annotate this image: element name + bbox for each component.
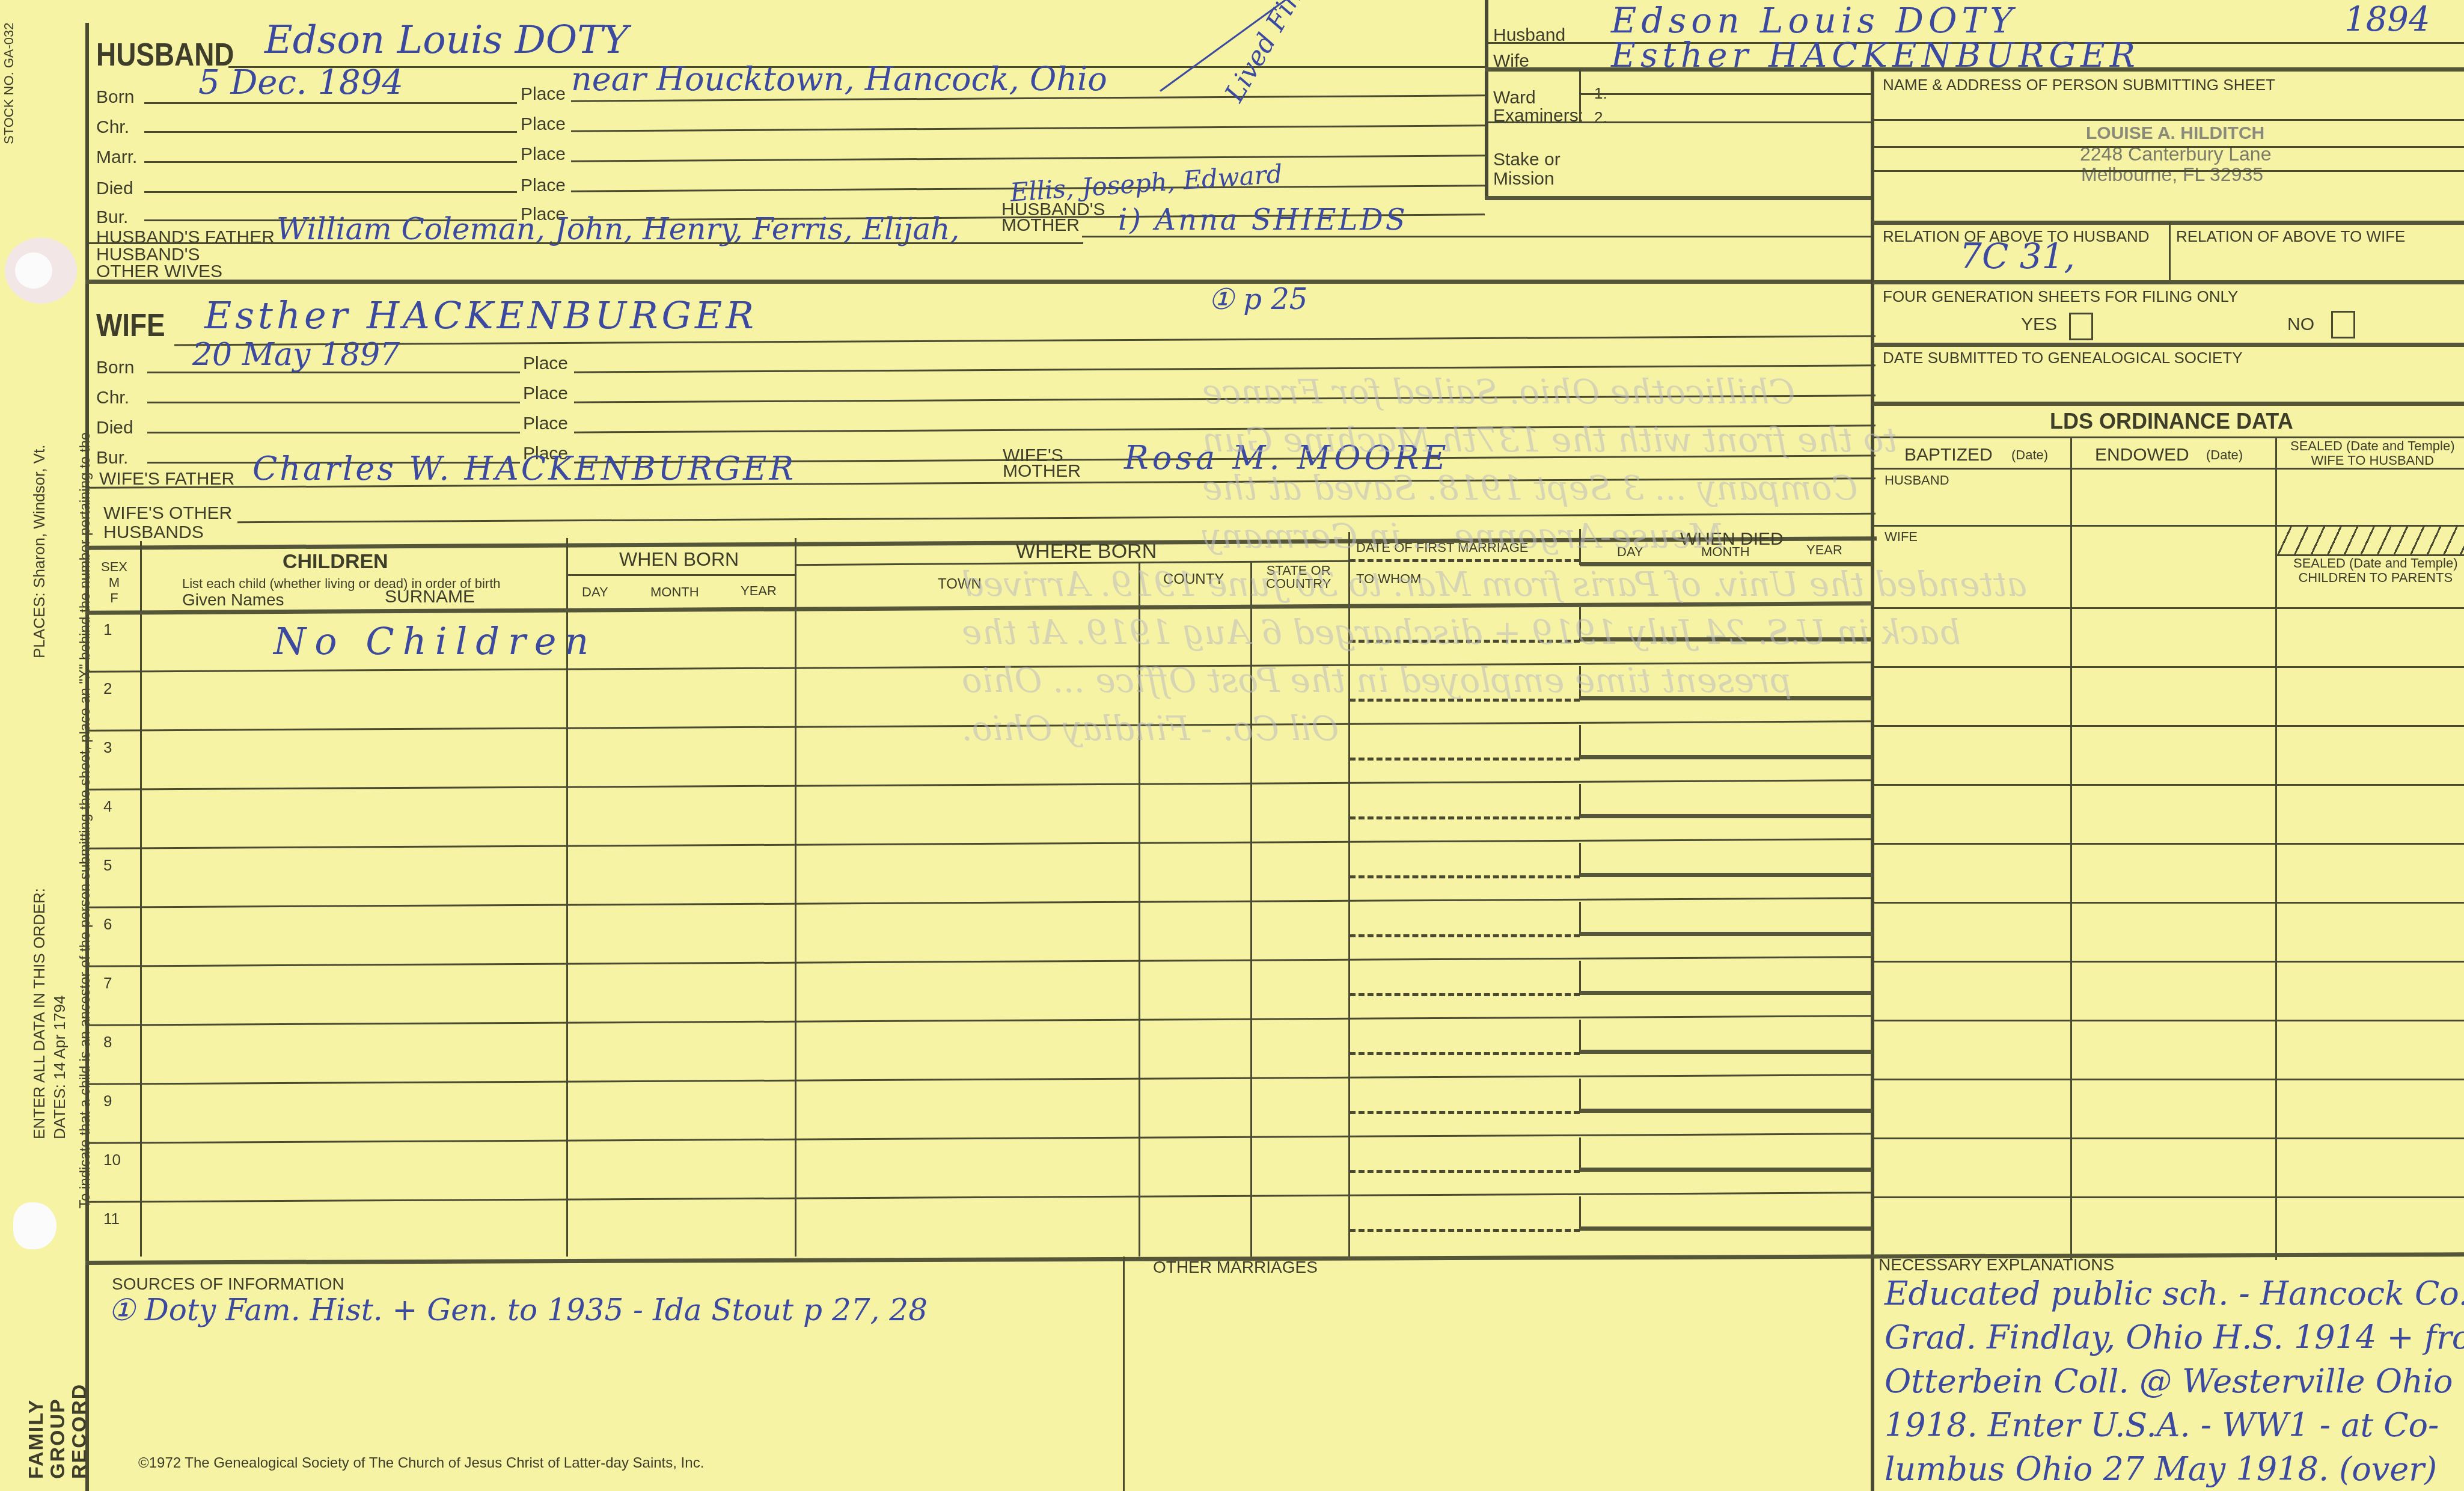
rule <box>1872 343 2464 347</box>
children-heading: CHILDREN <box>283 550 388 574</box>
table-row[interactable] <box>140 1196 1871 1255</box>
rule <box>1872 221 2464 225</box>
four-gen-label: FOUR GENERATION SHEETS FOR FILING ONLY <box>1883 287 2238 306</box>
lds-title: LDS ORDINANCE DATA <box>2050 409 2293 434</box>
husband-name[interactable]: Edson Louis DOTY <box>264 18 628 63</box>
sealed-wife-husband-label: SEALED (Date and Temple) WIFE TO HUSBAND <box>2290 439 2455 468</box>
husband-chr-label: Chr. <box>96 117 129 138</box>
rule <box>1872 402 2464 406</box>
wife-born-label: Born <box>96 358 134 378</box>
sex-label: SEX M F <box>101 559 127 606</box>
label-line: CHILDREN TO PARENTS <box>2293 571 2458 585</box>
place-label: Place <box>523 384 568 404</box>
place-label: Place <box>523 414 568 434</box>
header-husband-value[interactable]: Edson Louis DOTY <box>1611 0 2018 41</box>
bleedthrough-text: Oil Co. - Findlay Ohio. <box>962 709 1339 749</box>
husbands-mother[interactable]: i) Anna SHIELDS <box>1118 203 1408 237</box>
rule <box>574 364 1876 373</box>
husbands-father[interactable]: William Coleman, John, Henry, Ferris, El… <box>277 212 959 246</box>
lds-row-divider <box>1872 784 2464 786</box>
other-marriages-label: OTHER MARRIAGES <box>1153 1258 1318 1277</box>
label-line: Stake or <box>1493 150 1561 170</box>
wife-heading: WIFE <box>96 307 165 344</box>
child-row-number: 5 <box>103 856 112 875</box>
child-row-number: 9 <box>103 1092 112 1110</box>
label-line: HUSBANDS <box>103 523 232 542</box>
place-label: Place <box>521 114 566 135</box>
form-title: FAMILY GROUP RECORD <box>25 1383 90 1479</box>
wife-born-date[interactable]: 20 May 1897 <box>192 337 400 373</box>
place-label: Place <box>521 176 566 196</box>
husband-died-label: Died <box>96 179 133 199</box>
bleedthrough-text: present time employed in the Post Office… <box>962 661 1792 700</box>
label-line: MOTHER <box>1001 218 1105 233</box>
bleedthrough-text: Meuse-Argonne ... in Germany <box>1202 517 1725 556</box>
rule <box>85 242 1083 244</box>
rule <box>144 191 517 193</box>
lds-wife-row: WIFE <box>1885 529 1918 545</box>
child-row-number: 10 <box>103 1151 121 1169</box>
rule <box>2275 436 2277 1260</box>
lds-row-divider <box>1872 902 2464 904</box>
label-line: SEALED (Date and Temple) <box>2290 439 2455 453</box>
rule <box>1579 69 1581 122</box>
rule <box>144 161 517 163</box>
form-title-line: GROUP <box>47 1383 69 1479</box>
relation-husband-value[interactable]: 7C 31, <box>1960 236 2075 277</box>
rule <box>571 155 1485 162</box>
child-row-number: 2 <box>103 679 112 698</box>
rule <box>147 432 520 433</box>
punch-hole <box>15 253 52 289</box>
order-heading: ENTER ALL DATA IN THIS ORDER: <box>30 888 49 1139</box>
rule <box>566 574 795 576</box>
relation-wife-label: RELATION OF ABOVE TO WIFE <box>2176 227 2405 246</box>
place-label: Place <box>521 144 566 165</box>
table-row[interactable] <box>140 1079 1871 1137</box>
date-note: (Date) <box>2011 447 2048 463</box>
day-label: DAY <box>582 584 608 600</box>
label-line: WIFE TO HUSBAND <box>2290 453 2455 468</box>
husband-residence-note[interactable]: Lived Findlay Ohio <box>1219 0 1372 107</box>
child-row-number: 8 <box>103 1033 112 1052</box>
stake-mission-label: Stake or Mission <box>1493 150 1561 189</box>
label-line: OTHER WIVES <box>96 263 222 280</box>
label-line: HUSBAND'S <box>96 246 222 263</box>
label-line: F <box>101 590 127 606</box>
lds-husband-row: HUSBAND <box>1885 473 1949 488</box>
child-row-number: 11 <box>103 1210 120 1228</box>
lds-row-divider <box>1872 843 2464 845</box>
lds-row-divider <box>1872 1079 2464 1080</box>
section-divider <box>85 280 1874 284</box>
endowed-label: ENDOWED <box>2095 445 2189 465</box>
ward-examiners-label: Ward Examiners: <box>1493 89 1583 125</box>
label-line: SEX <box>101 559 127 575</box>
bleedthrough-text: Chillicothe Ohio. Sailed for France <box>1202 373 1795 412</box>
form-title-line: FAMILY <box>25 1383 47 1479</box>
submitter-address-2[interactable]: Melbourne, FL 32935 <box>2081 164 2263 186</box>
lds-row-divider <box>1872 1196 2464 1198</box>
no-checkbox[interactable] <box>2331 311 2355 338</box>
husbands-mother-label: HUSBAND'S MOTHER <box>1001 202 1105 233</box>
no-label: NO <box>2287 314 2314 335</box>
wife-chr-label: Chr. <box>96 388 129 408</box>
child-row-number: 7 <box>103 974 112 993</box>
table-row[interactable] <box>140 902 1871 961</box>
surname-label: SURNAME <box>385 587 475 607</box>
wifes-father[interactable]: Charles W. HACKENBURGER <box>252 450 796 488</box>
where-born-label: WHERE BORN <box>1016 540 1157 563</box>
rule <box>2169 222 2171 283</box>
bleedthrough-text: back in U.S. 24 July 1919 + discharged 6… <box>962 613 1961 652</box>
rule <box>1872 146 2464 148</box>
hatched-area <box>2276 526 2464 555</box>
baptized-label: BAPTIZED <box>1904 445 1993 465</box>
stock-number: STOCK NO. GA-032 <box>1 22 17 144</box>
rule <box>1872 468 2464 470</box>
label-line: Ward <box>1493 89 1583 107</box>
child-row-number: 1 <box>103 620 112 639</box>
rule <box>1485 67 2464 72</box>
table-row[interactable] <box>140 1137 1871 1196</box>
copyright: ©1972 The Genealogical Society of The Ch… <box>138 1455 704 1472</box>
label-line: M <box>101 575 127 590</box>
submitter-name[interactable]: LOUISE A. HILDITCH <box>2086 123 2264 144</box>
lds-row-divider <box>1872 725 2464 727</box>
children-entry[interactable]: No Children <box>274 619 597 663</box>
husband-born-date[interactable]: 5 Dec. 1894 <box>198 63 403 102</box>
header-box-border <box>1485 0 1488 198</box>
explanation-line: Otterbein Coll. @ Westerville Ohio <box>1885 1359 2464 1403</box>
husband-marr-label: Marr. <box>96 147 137 168</box>
rule <box>144 131 517 133</box>
husband-born-label: Born <box>96 87 134 108</box>
rule <box>1872 170 2464 172</box>
date-submitted-label: DATE SUBMITTED TO GENEALOGICAL SOCIETY <box>1883 349 2243 367</box>
wife-name[interactable]: Esther HACKENBURGER <box>204 293 757 337</box>
yes-label: YES <box>2021 314 2057 335</box>
rule <box>1123 1257 1125 1491</box>
sources-label: SOURCES OF INFORMATION <box>112 1275 344 1294</box>
child-row-number: 3 <box>103 738 112 757</box>
table-row[interactable] <box>140 1020 1871 1079</box>
wifes-mother-label: WIFE'S MOTHER <box>1003 448 1081 479</box>
lds-row-divider <box>1872 666 2464 668</box>
table-row[interactable] <box>140 784 1871 843</box>
dates-example: DATES: 14 Apr 1794 <box>50 996 69 1139</box>
husband-bur-label: Bur. <box>96 207 128 228</box>
bleedthrough-text: attended the Univ. of Paris from Mar. to… <box>962 565 2027 604</box>
punch-hole-lower <box>13 1202 57 1249</box>
lds-row-divider <box>1872 1137 2464 1139</box>
label-line: SEALED (Date and Temple) <box>2293 556 2458 571</box>
rule <box>144 102 517 104</box>
year-label: YEAR <box>741 583 777 599</box>
label-line: MOTHER <box>1003 464 1081 479</box>
rule <box>1350 559 1580 562</box>
rule <box>1485 121 1872 123</box>
month-label: MONTH <box>650 584 699 600</box>
yes-checkbox[interactable] <box>2069 313 2093 340</box>
explanation-line: Grad. Findlay, Ohio H.S. 1914 + from <box>1885 1315 2464 1359</box>
explanation-line: 1918. Enter U.S.A. - WW1 - at Co- <box>1885 1403 2464 1447</box>
when-born-label: WHEN BORN <box>619 548 739 571</box>
bleedthrough-text: Company ... 3 Sept 1918. Saved at the <box>1202 469 1857 508</box>
lds-row-divider <box>1872 607 2464 609</box>
rule <box>1579 93 1872 95</box>
lds-row-divider <box>1872 1020 2464 1021</box>
table-row[interactable] <box>140 843 1871 902</box>
rule <box>2070 436 2072 1260</box>
child-row-number: 4 <box>103 797 112 816</box>
places-example: PLACES: Sharon, Windsor, Vt. <box>30 445 49 659</box>
explanations-text[interactable]: Educated public sch. - Hancock Co. Grad.… <box>1885 1272 2464 1491</box>
rule <box>571 124 1485 132</box>
lds-row-divider <box>1872 961 2464 963</box>
rule <box>1485 196 1872 200</box>
date-note: (Date) <box>2206 447 2243 463</box>
label-line: Mission <box>1493 170 1561 189</box>
table-row[interactable] <box>140 961 1871 1020</box>
child-row-number: 6 <box>103 915 112 934</box>
bleedthrough-text: to the front with the 137th Machine Gun <box>1202 421 1897 460</box>
label-line: WIFE'S OTHER <box>103 504 232 523</box>
rule <box>1872 280 2464 284</box>
place-label: Place <box>523 354 568 374</box>
header-year[interactable]: 1894 <box>2344 0 2430 39</box>
submitter-label: NAME & ADDRESS OF PERSON SUBMITTING SHEE… <box>1883 76 2275 94</box>
wifes-other-husbands-label: WIFE'S OTHER HUSBANDS <box>103 504 232 542</box>
explanation-line: lumbus Ohio 27 May 1918. (over) <box>1885 1447 2464 1491</box>
sealed-children-parents-label: SEALED (Date and Temple) CHILDREN TO PAR… <box>2293 556 2458 585</box>
husbands-other-wives-label: HUSBAND'S OTHER WIVES <box>96 246 222 280</box>
place-label: Place <box>521 84 566 105</box>
rule <box>1872 119 2464 121</box>
died-year-label: YEAR <box>1806 542 1842 558</box>
wife-died-label: Died <box>96 418 133 438</box>
rule <box>147 402 520 403</box>
wife-source-note[interactable]: ① p 25 <box>1208 283 1307 316</box>
wife-bur-label: Bur. <box>96 448 128 468</box>
sources-value[interactable]: ① Doty Fam. Hist. + Gen. to 1935 - Ida S… <box>108 1293 928 1327</box>
examiner-2[interactable]: 2. <box>1594 108 1607 127</box>
explanation-line: Educated public sch. - Hancock Co. <box>1885 1272 2464 1315</box>
husband-born-place[interactable]: near Houcktown, Hancock, Ohio <box>571 60 1107 98</box>
